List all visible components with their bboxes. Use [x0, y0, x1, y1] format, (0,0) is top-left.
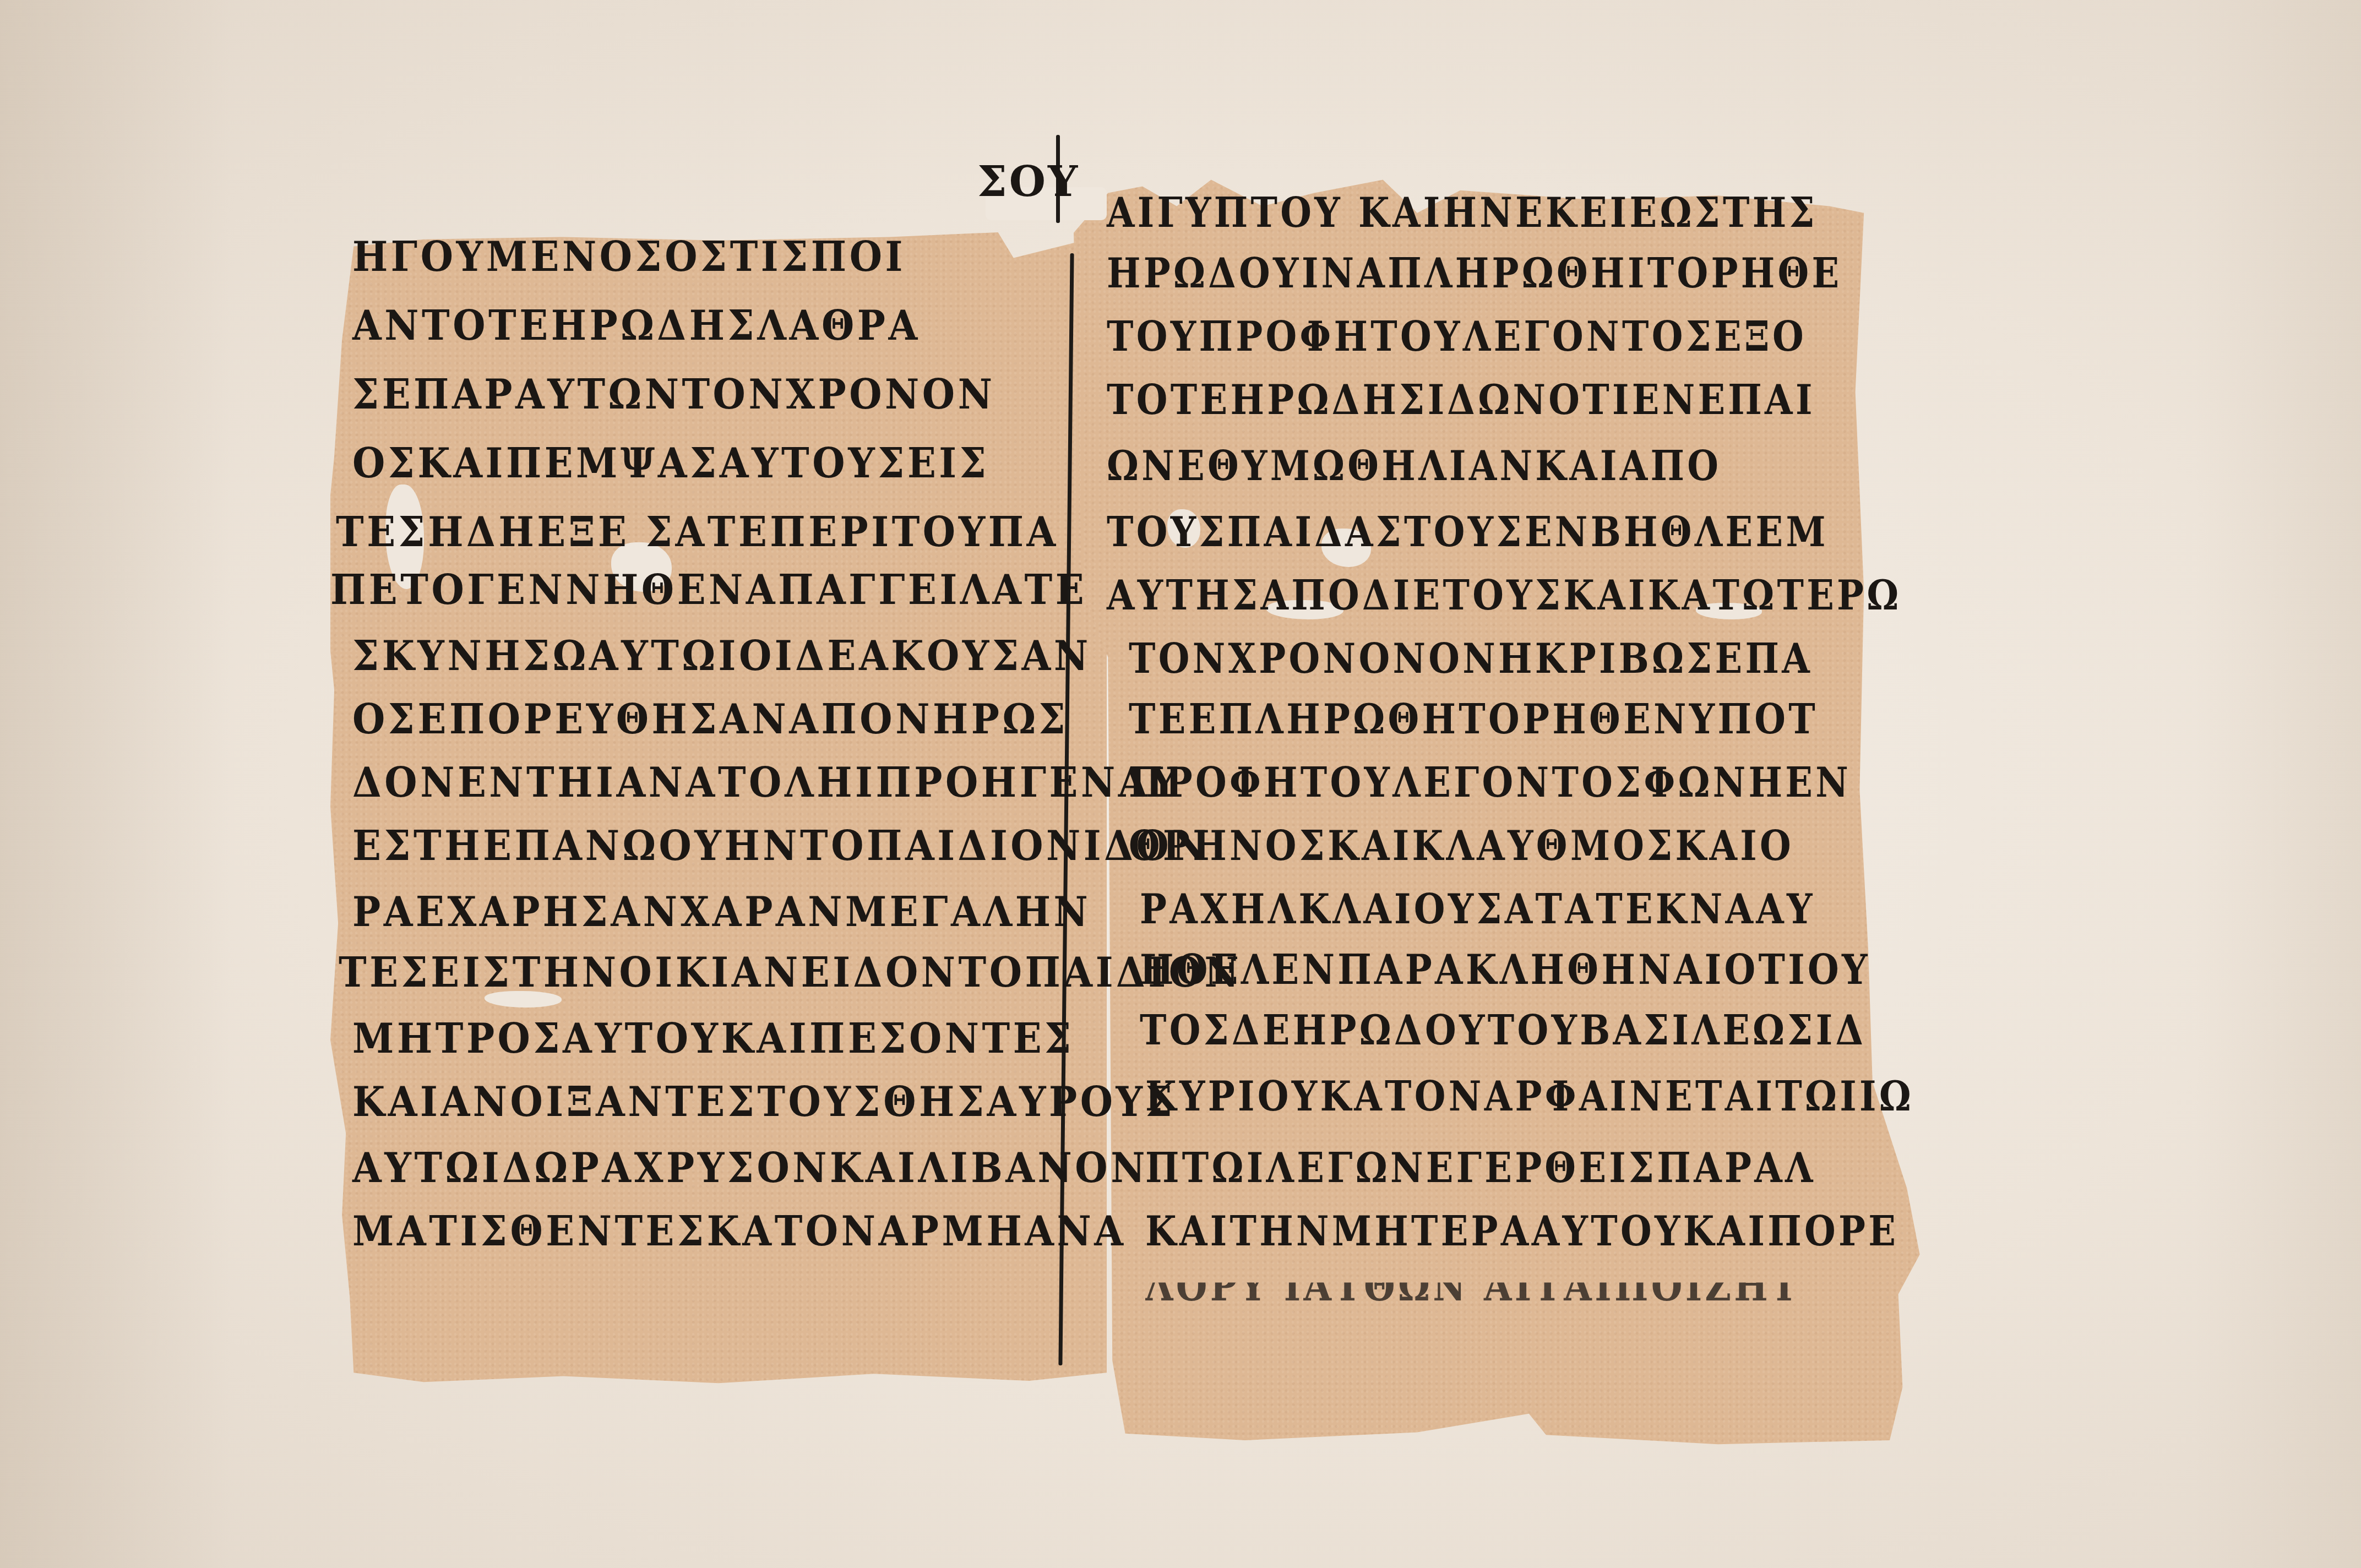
text-line: ΡΑΧΗΛΚΛΑΙΟΥΣΑΤΑΤΕΚΝΑΑΥ: [1140, 889, 1815, 930]
text-line: ΤΟΝΧΡΟΝΟΝΟΝΗΚΡΙΒΩΣΕΠΑ: [1129, 639, 1813, 679]
text-line-partial: ΛΟΡΥ ΙΑΤΘΩΝ ΑΙΤΑΙΠΟΙΖΗΤ: [1145, 1266, 1800, 1307]
text-line: ΗΡΩΔΟΥΙΝΑΠΛΗΡΩΘΗΙΤΟΡΗΘΕ: [1107, 253, 1842, 294]
left-column-text: ΗΓΟΥΜΕΝΟΣΟΣΤΙΣΠΟΙ ΑΝΤΟΤΕΗΡΩΔΗΣΛΑΘΡΑ ΣΕΠΑ…: [352, 226, 1068, 1382]
text-line: ΑΝΤΟΤΕΗΡΩΔΗΣΛΑΘΡΑ: [352, 306, 921, 346]
text-line: ΜΗΤΡΟΣΑΥΤΟΥΚΑΙΠΕΣΟΝΤΕΣ: [352, 1019, 1074, 1059]
text-line: ΤΟΥΠΡΟΦΗΤΟΥΛΕΓΟΝΤΟΣΕΞΟ: [1107, 317, 1807, 357]
margin-text-fragment: ΣΟΥ: [977, 157, 1080, 206]
text-line: ΤΟΣΔΕΗΡΩΔΟΥΤΟΥΒΑΣΙΛΕΩΣΙΔ: [1140, 1010, 1866, 1051]
text-line: ΟΣΕΠΟΡΕΥΘΗΣΑΝΑΠΟΝΗΡΩΣ: [352, 699, 1068, 740]
text-line: ΚΑΙΤΗΝΜΗΤΕΡΑΑΥΤΟΥΚΑΙΠΟΡΕ: [1145, 1211, 1898, 1252]
text-line: ΤΟΥΣΠΑΙΔΑΣΤΟΥΣΕΝΒΗΘΛΕΕΜ: [1107, 512, 1829, 553]
text-line: ΤΟΤΕΗΡΩΔΗΣΙΔΩΝΟΤΙΕΝΕΠΑΙ: [1107, 380, 1815, 421]
text-line: ΑΥΤΗΣΑΠΟΔΙΕΤΟΥΣΚΑΙΚΑΤΩΤΕΡΩ: [1107, 575, 1902, 616]
text-line: ΑΥΤΩΙΔΩΡΑΧΡΥΣΟΝΚΑΙΛΙΒΑΝΟΝ: [352, 1148, 1148, 1189]
text-line: ΤΕΣΗΔΗΕΞΕ ΣΑΤΕΠΕΡΙΤΟΥΠΑ: [336, 512, 1059, 553]
text-line: ΣΚΥΝΗΣΩΑΥΤΩΙΟΙΔΕΑΚΟΥΣΑΝ: [352, 636, 1091, 677]
text-line: ΕΣΤΗΕΠΑΝΩΟΥΗΝΤΟΠΑΙΔΙΟΝΙΔΟΝ: [352, 826, 1209, 867]
text-line: ΑΙΓΥΠΤΟΥ ΚΑΙΗΝΕΚΕΙΕΩΣΤΗΣ: [1107, 193, 1818, 233]
page-shadow-left: [0, 0, 231, 1568]
text-line: ΟΣΚΑΙΠΕΜΨΑΣΑΥΤΟΥΣΕΙΣ: [352, 443, 989, 484]
text-line: ΡΑΕΧΑΡΗΣΑΝΧΑΡΑΝΜΕΓΑΛΗΝ: [352, 892, 1091, 933]
text-line: ΚΑΙΑΝΟΙΞΑΝΤΕΣΤΟΥΣΘΗΣΑΥΡΟΥΣ: [352, 1082, 1175, 1123]
text-line: ΔΟΝΕΝΤΗΙΑΝΑΤΟΛΗΙΠΡΟΗΓΕΝΑΥ: [352, 763, 1180, 803]
text-line: ΗΓΟΥΜΕΝΟΣΟΣΤΙΣΠΟΙ: [352, 237, 906, 277]
text-line: ΚΥΡΙΟΥΚΑΤΟΝΑΡΦΑΙΝΕΤΑΙΤΩΙΙΩ: [1145, 1076, 1914, 1117]
text-line: ΘΡΗΝΟΣΚΑΙΚΛΑΥΘΜΟΣΚΑΙΟ: [1129, 826, 1794, 867]
text-line: ΣΕΠΑΡΑΥΤΩΝΤΟΝΧΡΟΝΟΝ: [352, 374, 995, 415]
text-line: ΠΕΤΟΓΕΝΝΗΘΕΝΑΠΑΓΓΕΙΛΑΤΕ: [330, 570, 1087, 611]
text-line: ΜΑΤΙΣΘΕΝΤΕΣΚΑΤΟΝΑΡΜΗΑΝΑ: [352, 1211, 1127, 1252]
text-line: ΠΡΟΦΗΤΟΥΛΕΓΟΝΤΟΣΦΩΝΗΕΝ: [1129, 763, 1851, 803]
text-line: ΗΘΕΛΕΝΠΑΡΑΚΛΗΘΗΝΑΙΟΤΙΟΥ: [1140, 950, 1870, 990]
text-line: ΤΕΕΠΛΗΡΩΘΗΤΟΡΗΘΕΝΥΠΟΤ: [1129, 699, 1818, 740]
right-column-text: ΑΙΓΥΠΤΟΥ ΚΑΙΗΝΕΚΕΙΕΩΣΤΗΣ ΗΡΩΔΟΥΙΝΑΠΛΗΡΩΘ…: [1107, 171, 1911, 1437]
page-shadow-right: [2196, 0, 2361, 1568]
text-line: ΠΤΩΙΛΕΓΩΝΕΓΕΡΘΕΙΣΠΑΡΑΛ: [1145, 1148, 1816, 1189]
text-line: ΩΝΕΘΥΜΩΘΗΛΙΑΝΚΑΙΑΠΟ: [1107, 446, 1721, 487]
